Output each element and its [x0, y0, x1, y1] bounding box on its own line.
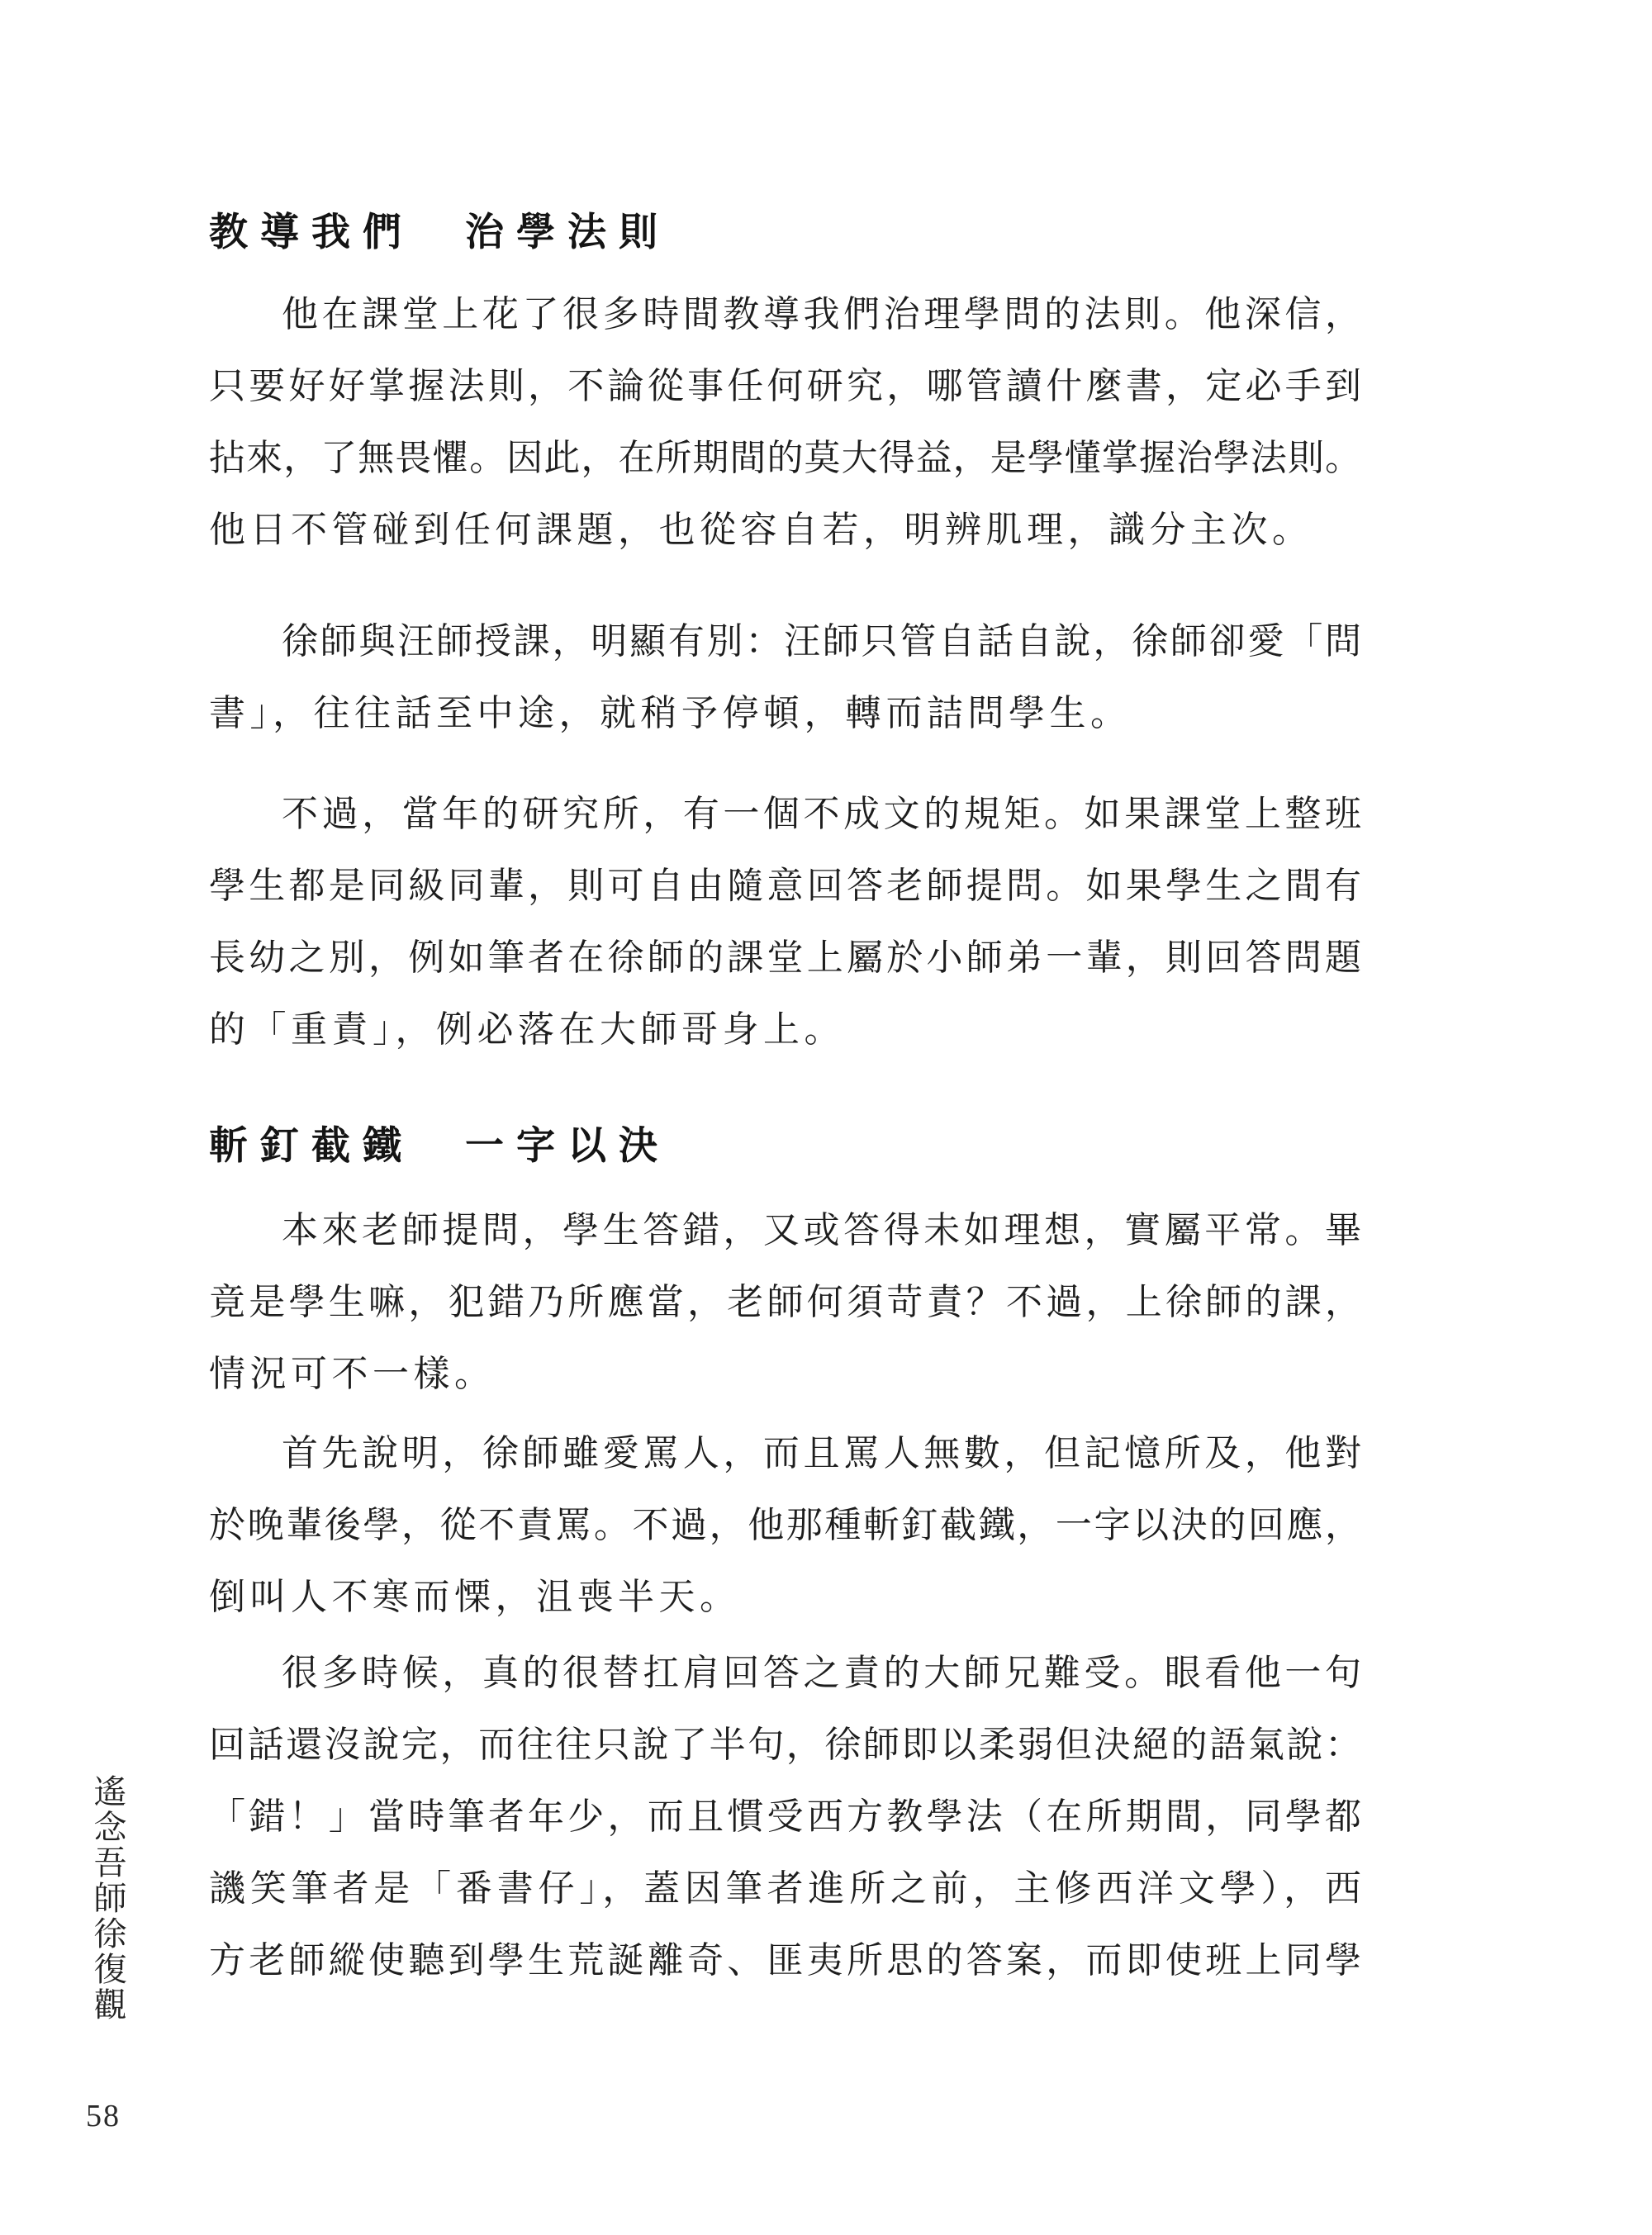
text-line: 譏笑筆者是「番書仔」，蓋因筆者進所之前，主修西洋文學），西 [209, 1853, 1361, 1924]
text-line: 他日不管碰到任何課題，也從容自若，明辨肌理，識分主次。 [209, 494, 1361, 566]
text-line: 拈來，了無畏懼。因此，在所期間的莫大得益，是學懂掌握治學法則。 [209, 422, 1361, 494]
paragraph: 徐師與汪師授課，明顯有別：汪師只管自話自說，徐師卻愛「問書」，往往話至中途，就稍… [209, 605, 1361, 749]
paragraph: 首先說明，徐師雖愛罵人，而且罵人無數，但記憶所及，他對於晚輩後學，從不責罵。不過… [209, 1417, 1361, 1633]
text-line: 學生都是同級同輩，則可自由隨意回答老師提問。如果學生之間有 [209, 850, 1361, 922]
text-line: 情況可不一樣。 [209, 1338, 1361, 1410]
text-line: 不過，當年的研究所，有一個不成文的規矩。如果課堂上整班 [209, 778, 1361, 850]
text-line: 只要好好掌握法則，不論從事任何研究，哪管讀什麼書，定必手到 [209, 350, 1361, 422]
text-line: 長幼之別，例如筆者在徐師的課堂上屬於小師弟一輩，則回答問題 [209, 922, 1361, 994]
text-line: 很多時候，真的很替扛肩回答之責的大師兄難受。眼看他一句 [209, 1637, 1361, 1709]
text-line: 方老師縱使聽到學生荒誕離奇、匪夷所思的答案，而即使班上同學 [209, 1924, 1361, 1996]
text-line: 徐師與汪師授課，明顯有別：汪師只管自話自說，徐師卻愛「問 [209, 605, 1361, 677]
sidebar-running-title: 遙念吾師徐復觀 [84, 1774, 131, 2038]
text-line: 首先說明，徐師雖愛罵人，而且罵人無數，但記憶所及，他對 [209, 1417, 1361, 1489]
section-heading-one-word-verdict: 斬釘截鐵 一字以決 [209, 1127, 670, 1166]
paragraph: 本來老師提問，學生答錯，又或答得未如理想，實屬平常。畢竟是學生嘛，犯錯乃所應當，… [209, 1194, 1361, 1410]
text-line: 「錯！」當時筆者年少，而且慣受西方教學法（在所期間，同學都 [209, 1781, 1361, 1853]
text-line: 本來老師提問，學生答錯，又或答得未如理想，實屬平常。畢 [209, 1194, 1361, 1266]
book-page: 教導我們 治學法則 他在課堂上花了很多時間教導我們治理學問的法則。他深信，只要好… [0, 0, 1652, 2235]
page-number: 58 [86, 2098, 121, 2134]
section-heading-teaching-method: 教導我們 治學法則 [209, 214, 670, 253]
text-line: 於晚輩後學，從不責罵。不過，他那種斬釘截鐵，一字以決的回應， [209, 1489, 1361, 1561]
paragraph: 不過，當年的研究所，有一個不成文的規矩。如果課堂上整班學生都是同級同輩，則可自由… [209, 778, 1361, 1065]
paragraph: 很多時候，真的很替扛肩回答之責的大師兄難受。眼看他一句回話還沒說完，而往往只說了… [209, 1637, 1361, 1996]
text-line: 回話還沒說完，而往往只說了半句，徐師即以柔弱但決絕的語氣說： [209, 1709, 1361, 1781]
text-line: 竟是學生嘛，犯錯乃所應當，老師何須苛責？不過，上徐師的課， [209, 1266, 1361, 1338]
paragraph: 他在課堂上花了很多時間教導我們治理學問的法則。他深信，只要好好掌握法則，不論從事… [209, 278, 1361, 566]
text-line: 他在課堂上花了很多時間教導我們治理學問的法則。他深信， [209, 278, 1361, 350]
text-line: 的「重責」，例必落在大師哥身上。 [209, 994, 1361, 1065]
text-line: 書」，往往話至中途，就稍予停頓，轉而詰問學生。 [209, 677, 1361, 749]
text-line: 倒叫人不寒而慄，沮喪半天。 [209, 1561, 1361, 1633]
